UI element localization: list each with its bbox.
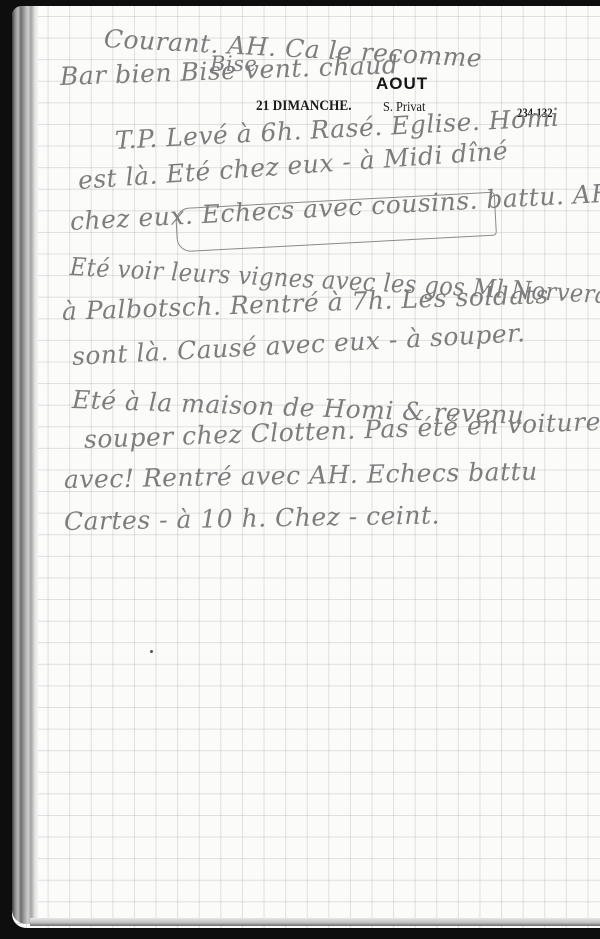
margin-insert: Bise — [210, 52, 257, 76]
book-binding-edge — [12, 6, 38, 924]
page-bottom-edge — [30, 918, 600, 926]
printed-day: 21 DIMANCHE. — [256, 98, 352, 115]
ink-speck — [150, 650, 153, 653]
